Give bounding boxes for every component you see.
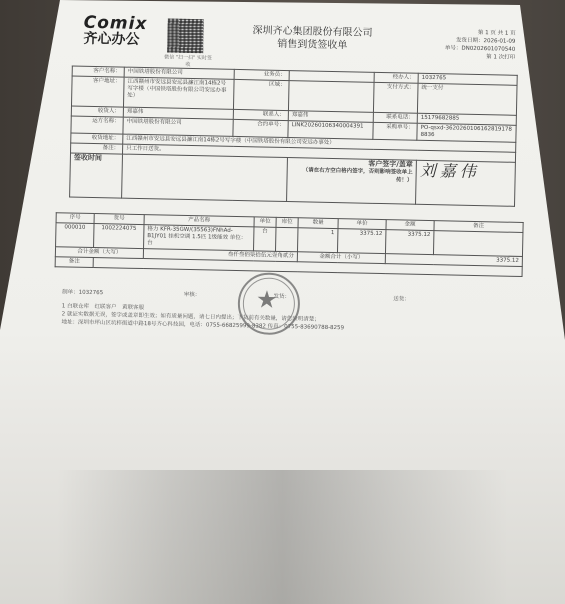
contract-label: 合约单号： <box>233 119 288 137</box>
ship-date-value: 2026-01-09 <box>483 38 515 45</box>
doc-no-value: DN0202601070540 <box>461 46 515 53</box>
items-table: 序号 货号 产品名称 单位 库位 数量 单价 金额 备注 000010 1002… <box>55 212 524 277</box>
doc-no-label: 单号： <box>445 45 462 51</box>
purchase-no: PO-qsxd-36202601061628191788836 <box>417 123 516 142</box>
row-location <box>275 227 297 251</box>
carrier-label: 运方名称： <box>71 116 123 134</box>
sign-box-note: （请在右方空白格内签字，否则影响签收单上传！） <box>290 166 412 185</box>
row-sku: 1002224075 <box>94 224 144 249</box>
items-remark-label: 备注 <box>55 257 93 268</box>
doc-heading: 深圳齐心集团股份有限公司 销售到货签收单 <box>237 24 388 53</box>
receiver-label: 送货： <box>393 295 410 303</box>
row-unit: 台 <box>254 227 276 251</box>
sign-time-label: 签收时间 <box>70 153 123 198</box>
row-seq: 000010 <box>56 223 94 248</box>
col-unit: 单位 <box>254 217 276 227</box>
row-remark <box>433 231 522 257</box>
paper-shadow <box>0 470 565 604</box>
purchase-label: 采购单号： <box>373 122 417 140</box>
region <box>288 81 374 113</box>
logo-cn: 齐心办公 <box>83 31 147 48</box>
doc-meta: 第 1 页 共 1 页 发货日期：2026-01-09 单号：DN0202601… <box>397 27 516 61</box>
qr-code-icon <box>167 19 204 54</box>
star-icon: ★ <box>256 287 278 311</box>
maker: 1032765 <box>79 289 104 298</box>
col-location: 库位 <box>276 217 298 227</box>
payment-label: 支付方式： <box>373 82 418 113</box>
ship-date-label: 发货日期： <box>456 38 484 45</box>
print-count: 第 1 次打印 <box>397 51 515 61</box>
maker-label: 制单： <box>62 288 79 296</box>
sign-time-field <box>122 154 288 201</box>
logo-en: Comix <box>84 15 148 32</box>
row-amount: 3375.12 <box>385 230 433 255</box>
customer-signature: 刘嘉伟 <box>416 160 516 206</box>
customer-address-label: 客户地址： <box>71 76 124 107</box>
region-label: 区域： <box>233 79 289 110</box>
row-qty: 1 <box>297 228 337 253</box>
customer-address: 江西赣州市安远县安远县濂江南14栋2号写字楼（中国铁塔股份有限公司安远办事处） <box>123 77 234 109</box>
info-table: 客户名称： 中国铁塔股份有限公司 业务员： 经办人： 1032765 客户地址：… <box>69 66 518 207</box>
row-name: 格力 KFR-35GW/(35563)FNhAd-B1JY01 挂机空调 1.5… <box>144 225 254 251</box>
payment: 统一支付 <box>417 83 517 115</box>
sign-box-instructions: 客户签字/盖章 （请在右方空白格内签字，否则影响签收单上传！） <box>287 158 417 205</box>
row-unit-price: 3375.12 <box>337 229 385 254</box>
comix-logo: Comix 齐心办公 <box>83 15 147 48</box>
contract-no: LINK20260106340004391 <box>288 121 373 140</box>
delivery-receipt: Comix 齐心办公 微信 "扫一扫" 实时签 收 深圳齐心集团股份有限公司 销… <box>41 10 565 361</box>
